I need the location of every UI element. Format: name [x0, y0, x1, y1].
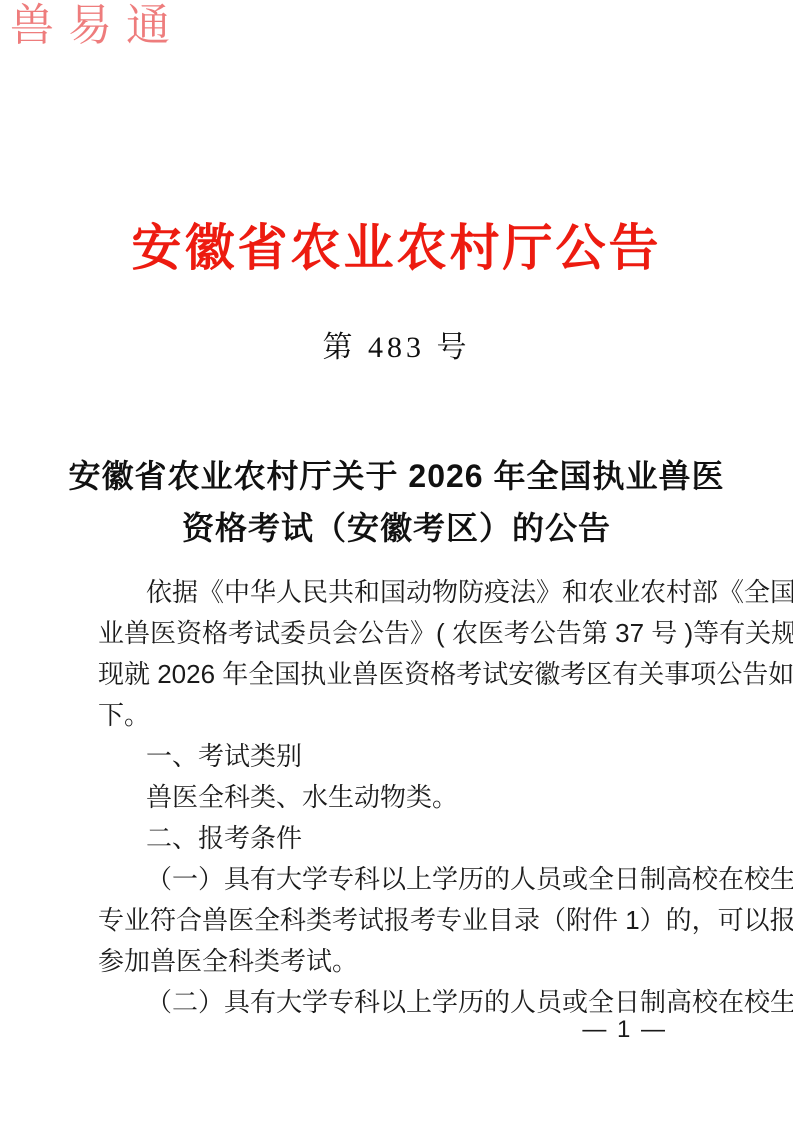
- announcement-subtitle: 安徽省农业农村厅关于 2026 年全国执业兽医 资格考试（安徽考区）的公告: [60, 450, 733, 554]
- body-line: （一）具有大学专科以上学历的人员或全日制高校在校生，: [98, 859, 716, 900]
- subtitle-line-2: 资格考试（安徽考区）的公告: [182, 510, 611, 546]
- subtitle-line-1: 安徽省农业农村厅关于 2026 年全国执业兽医: [69, 458, 725, 494]
- body-line: 专业符合兽医全科类考试报考专业目录（附件 1）的，可以报名: [98, 900, 716, 941]
- page-number: — 1 —: [582, 1015, 667, 1045]
- body-line: 参加兽医全科类考试。: [98, 941, 716, 982]
- issue-number: 第 483 号: [60, 330, 733, 366]
- document-page: 兽易通 安徽省农业农村厅公告 第 483 号 安徽省农业农村厅关于 2026 年…: [0, 0, 793, 1122]
- body-line: 兽医全科类、水生动物类。: [98, 777, 716, 818]
- announcement-title: 安徽省农业农村厅公告: [60, 218, 733, 278]
- body-line: 现就 2026 年全国执业兽医资格考试安徽考区有关事项公告如: [98, 654, 716, 695]
- site-watermark: 兽易通: [10, 0, 184, 52]
- announcement-body: 依据《中华人民共和国动物防疫法》和农业农村部《全国执 业兽医资格考试委员会公告》…: [98, 572, 716, 1023]
- body-line-section-1-heading: 一、考试类别: [98, 736, 716, 777]
- body-line: 依据《中华人民共和国动物防疫法》和农业农村部《全国执: [98, 572, 716, 613]
- body-line: 下。: [98, 695, 716, 736]
- body-line: 业兽医资格考试委员会公告》( 农医考公告第 37 号 )等有关规定，: [98, 613, 716, 654]
- body-line-section-2-heading: 二、报考条件: [98, 818, 716, 859]
